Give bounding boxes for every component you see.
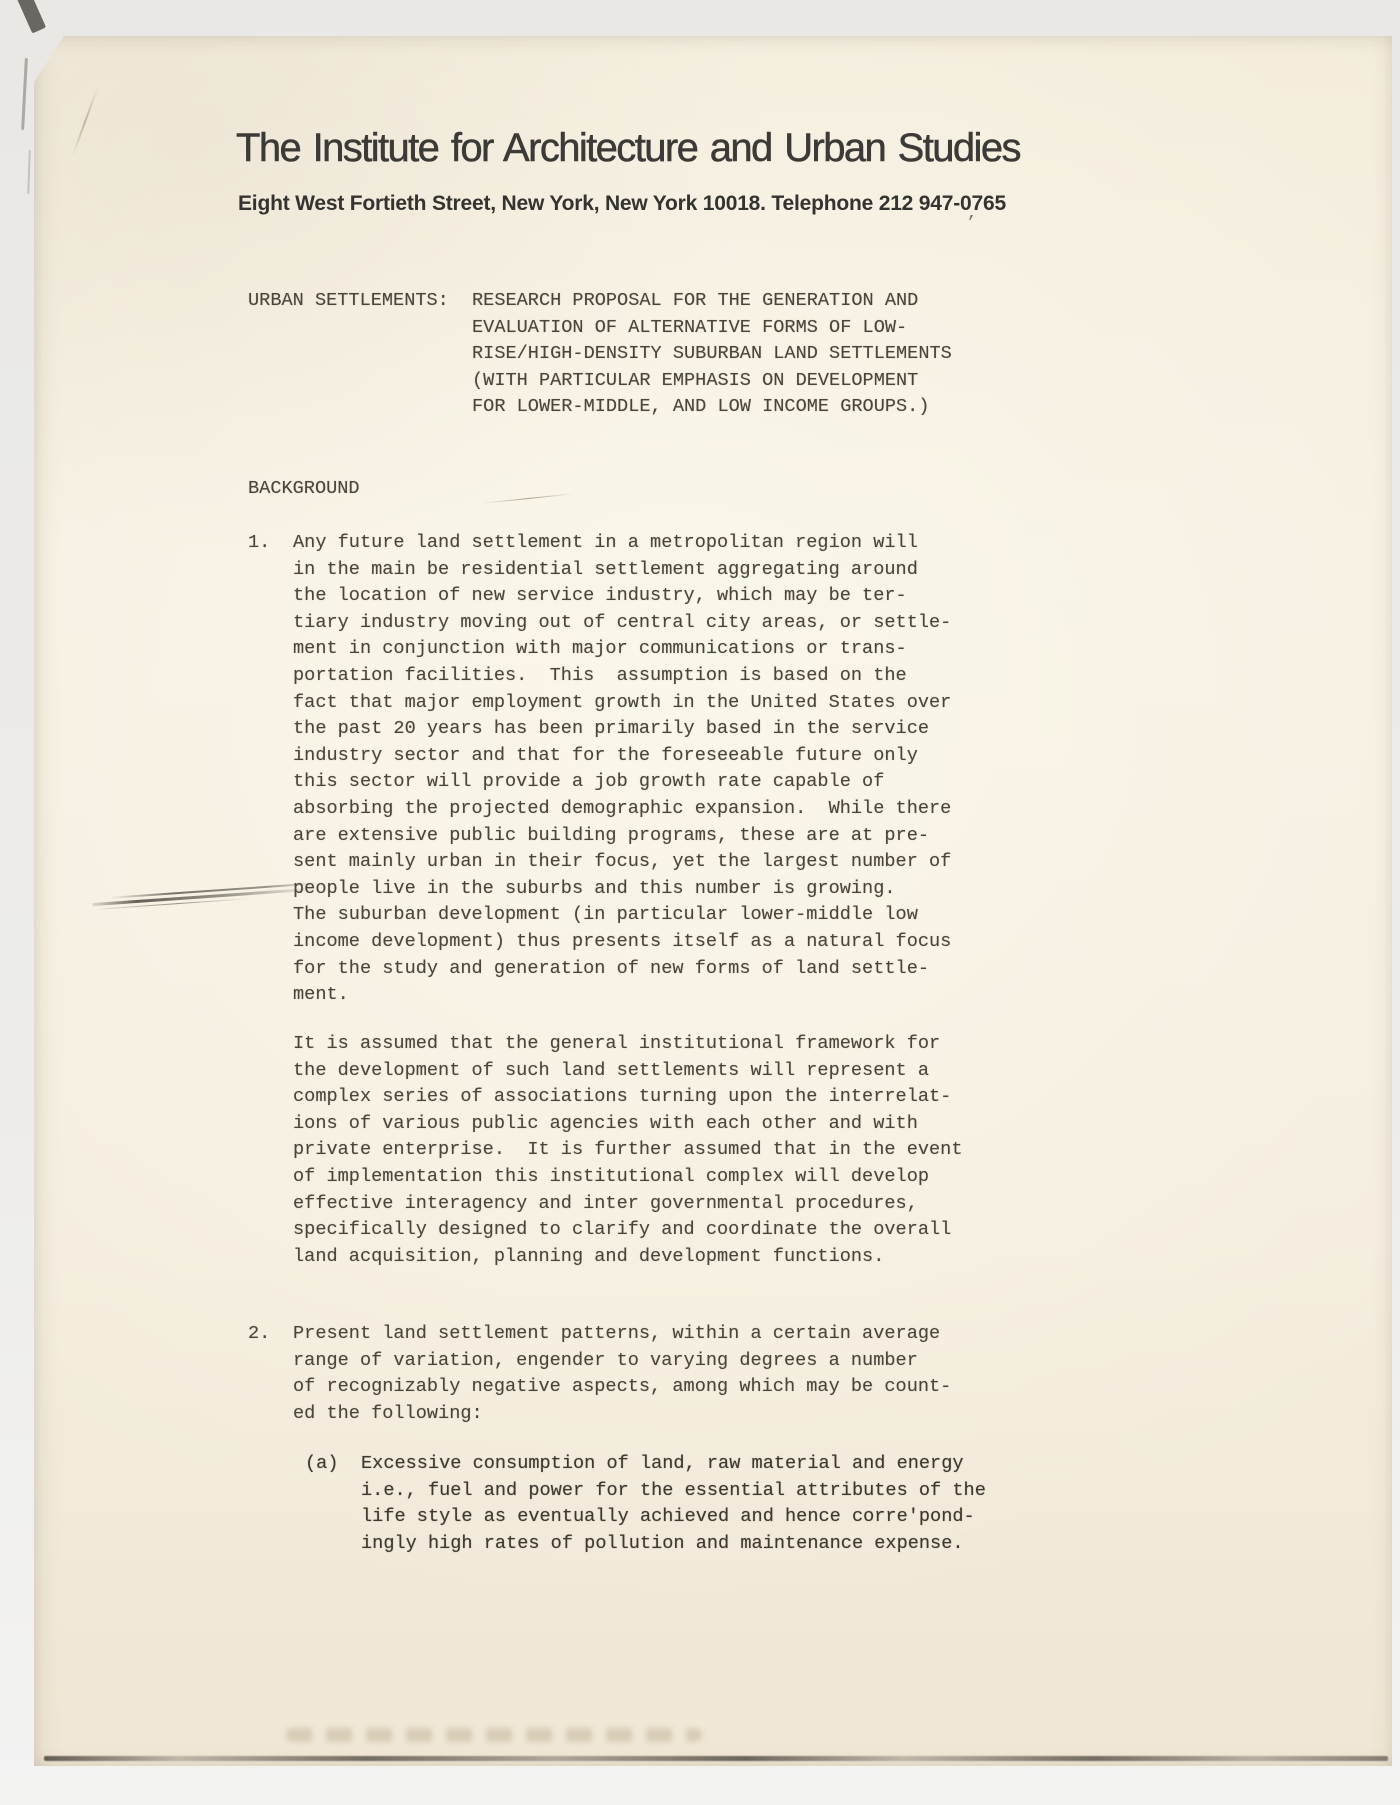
item-1-paragraph-2: It is assumed that the general instituti… <box>293 1031 962 1270</box>
paper-bottom-edge-smudge <box>44 1756 1388 1761</box>
scanned-document-scene: The Institute for Architecture and Urban… <box>0 0 1400 1805</box>
scan-edge-mark <box>17 0 46 33</box>
item-2a-label: (a) <box>305 1451 338 1478</box>
background-heading: BACKGROUND <box>248 476 360 503</box>
proposal-title: RESEARCH PROPOSAL FOR THE GENERATION AND… <box>472 288 952 421</box>
item-2-paragraph: Present land settlement patterns, within… <box>293 1321 951 1427</box>
proposal-label: URBAN SETTLEMENTS: <box>248 288 449 315</box>
bleed-through-ghost-text <box>286 1728 702 1742</box>
stray-typed-mark: ’ <box>966 214 976 233</box>
scan-edge-mark <box>27 150 31 194</box>
paper-crease-mark <box>72 88 99 156</box>
scan-edge-mark <box>21 58 28 130</box>
letterhead-title: The Institute for Architecture and Urban… <box>236 126 1020 170</box>
letterhead-address: Eight West Fortieth Street, New York, Ne… <box>238 191 1006 217</box>
item-2-number: 2. <box>248 1321 270 1348</box>
item-2a-paragraph: Excessive consumption of land, raw mater… <box>361 1451 986 1557</box>
item-1-number: 1. <box>248 530 270 557</box>
item-1-paragraph-1: Any future land settlement in a metropol… <box>293 530 951 1009</box>
